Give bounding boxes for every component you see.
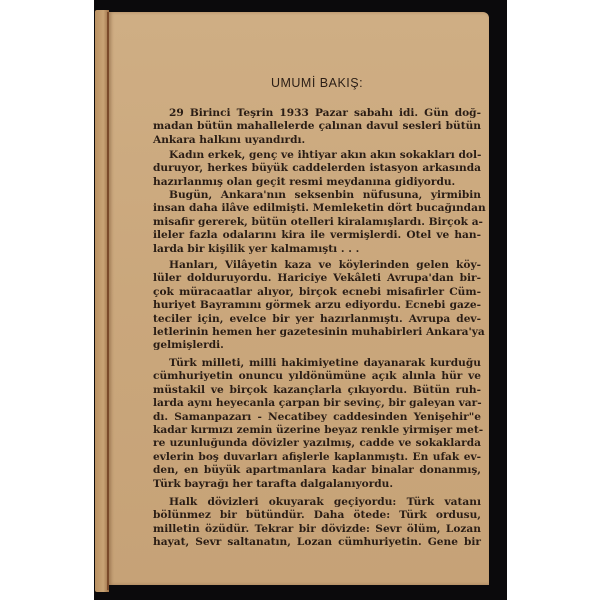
text-line: den, en büyük apartmanlara kadar binalar… (153, 464, 481, 477)
book-page: UMUMİ BAKIŞ: 29 Birinci Teşrin 1933 Paza… (109, 12, 489, 585)
text-line: larda bir kişilik yer kalmamıştı . . . (153, 243, 481, 256)
paragraph-4: Hanları, Vilâyetin kaza ve köylerinden g… (153, 259, 481, 353)
text-line: misafir gererek, bütün otelleri kiralamı… (153, 216, 481, 229)
text-line: Ankara halkını uyandırdı. (153, 134, 481, 147)
text-line: larda aynı heyecanla çarpan bir sevinç, … (153, 397, 481, 410)
text-line: huriyet Bayramını görmek arzu ediyordu. … (153, 299, 481, 312)
text-line: letlerinin hemen her gazetesinin muhabir… (153, 326, 481, 339)
text-line: teciler için, evelce bir yer hazırlanmış… (153, 313, 481, 326)
text-line: müstakil ve birçok kazançlarla çıkıyordu… (153, 384, 481, 397)
text-line: milletin özüdür. Tekrar bir dövizde: Sev… (153, 523, 481, 536)
text-line: bölünmez bir bütündür. Daha ötede: Türk … (153, 509, 481, 522)
text-line: re uzunluğunda dövizler yazılmış, cadde … (153, 437, 481, 450)
text-line: hazırlanmış olan geçit resmi meydanına g… (153, 176, 481, 189)
text-line: madan bütün mahallelerde çalınan davul s… (153, 120, 481, 133)
text-line: kadar kırmızı zemin üzerine beyaz renkle… (153, 424, 481, 437)
text-line: 29 Birinci Teşrin 1933 Pazar sabahı idi.… (153, 107, 481, 120)
paragraph-1: 29 Birinci Teşrin 1933 Pazar sabahı idi.… (153, 107, 481, 147)
text-line: Kadın erkek, genç ve ihtiyar akın akın s… (153, 149, 481, 162)
text-line: insan daha ilâve edilmişti. Memleketin d… (153, 202, 481, 215)
text-line: gelmişlerdi. (153, 339, 481, 352)
text-line: duruyor, herkes büyük caddelerden istasy… (153, 162, 481, 175)
text-line: hayat, Sevr saltanatın, Lozan cümhuriyet… (153, 536, 481, 549)
paragraph-3: Bugün, Ankara'nın seksenbin nüfusuna, yi… (153, 189, 481, 256)
text-line: cümhuriyetin onuncu yıldönümüne açık alı… (153, 370, 481, 383)
text-line: evlerin boş duvarları afişlerle kaplanmı… (153, 451, 481, 464)
paragraph-5: Türk milleti, milli hakimiyetine dayanar… (153, 357, 481, 491)
text-line: ileler fazla odalarını kira ile vermişle… (153, 229, 481, 242)
paragraph-6: Halk dövizleri okuyarak geçiyordu: Türk … (153, 496, 481, 550)
text-line: Türk bayrağı her tarafta dalgalanıyordu. (153, 478, 481, 491)
text-line: dı. Samanpazarı - Necatibey caddesinden … (153, 411, 481, 424)
text-line: Halk dövizleri okuyarak geçiyordu: Türk … (153, 496, 481, 509)
paragraph-2: Kadın erkek, genç ve ihtiyar akın akın s… (153, 149, 481, 189)
text-line: Hanları, Vilâyetin kaza ve köylerinden g… (153, 259, 481, 272)
text-line: Türk milleti, milli hakimiyetine dayanar… (153, 357, 481, 370)
page-title: UMUMİ BAKIŞ: (153, 77, 481, 90)
text-line: lüler dolduruyordu. Hariciye Vekâleti Av… (153, 272, 481, 285)
text-line: Bugün, Ankara'nın seksenbin nüfusuna, yi… (153, 189, 481, 202)
text-line: çok müracaatlar alıyor, birçok ecnebi mi… (153, 286, 481, 299)
